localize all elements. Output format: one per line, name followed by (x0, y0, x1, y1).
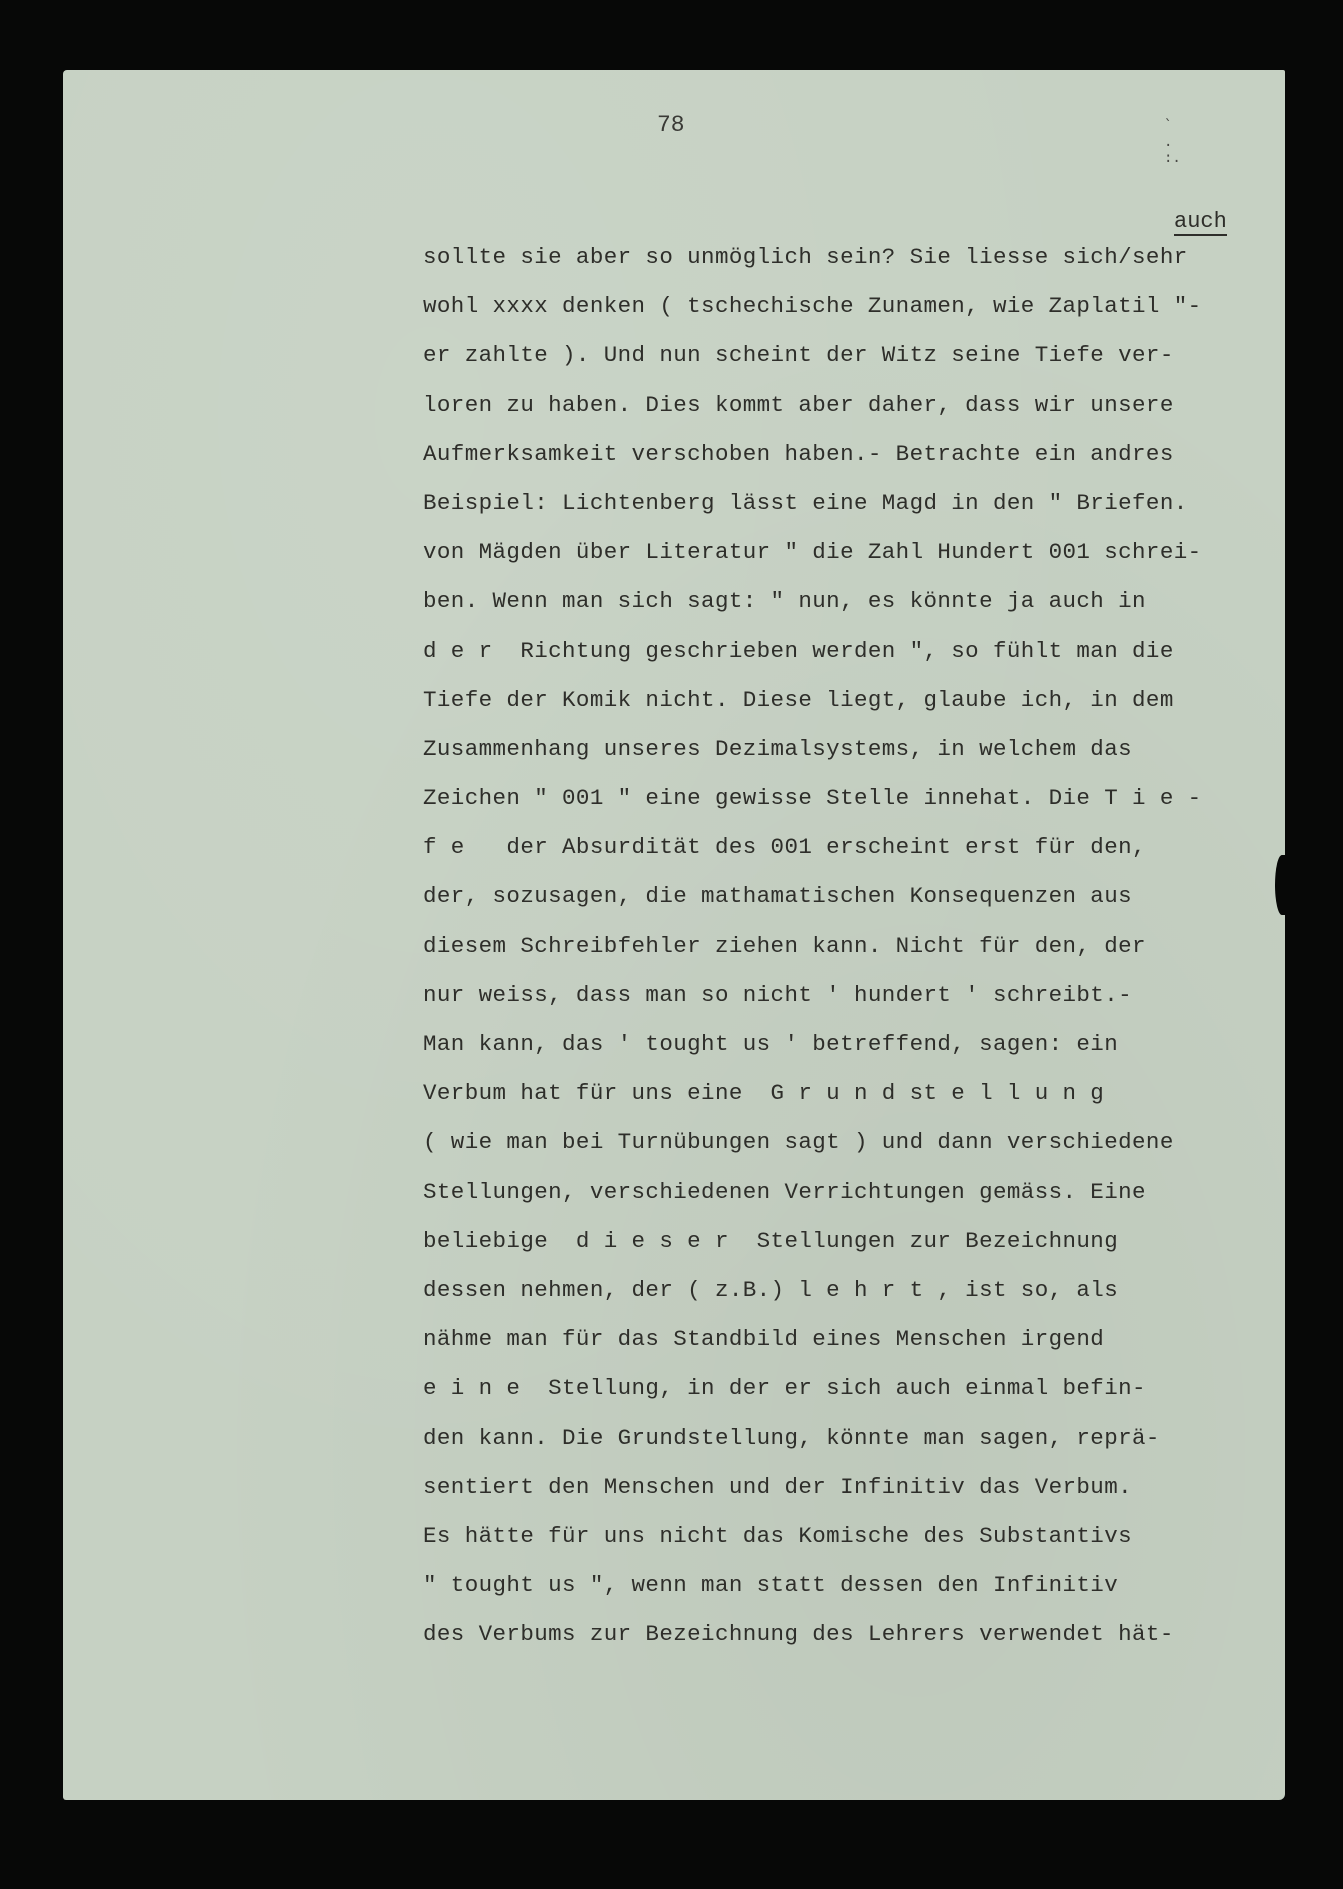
body-text: sollte sie aber so unmöglich sein? Sie l… (423, 233, 1283, 1659)
text-line: ben. Wenn man sich sagt: " nun, es könnt… (423, 577, 1283, 626)
text-line: nur weiss, dass man so nicht ' hundert '… (423, 971, 1283, 1020)
text-line: Es hätte für uns nicht das Komische des … (423, 1512, 1283, 1561)
text-line: wohl xxxx denken ( tschechische Zunamen,… (423, 282, 1283, 331)
text-line: der, sozusagen, die mathamatischen Konse… (423, 872, 1283, 921)
text-line: sollte sie aber so unmöglich sein? Sie l… (423, 233, 1283, 282)
text-line: e i n e Stellung, in der er sich auch ei… (423, 1364, 1283, 1413)
text-line: sentiert den Menschen und der Infinitiv … (423, 1463, 1283, 1512)
text-line: Beispiel: Lichtenberg lässt eine Magd in… (423, 479, 1283, 528)
text-line: Man kann, das ' tought us ' betreffend, … (423, 1020, 1283, 1069)
text-line: ( wie man bei Turnübungen sagt ) und dan… (423, 1118, 1283, 1167)
text-line: den kann. Die Grundstellung, könnte man … (423, 1414, 1283, 1463)
text-line: dessen nehmen, der ( z.B.) l e h r t , i… (423, 1266, 1283, 1315)
text-line: Aufmerksamkeit verschoben haben.- Betrac… (423, 430, 1283, 479)
page-number: 78 (657, 112, 685, 138)
text-line: " tought us ", wenn man statt dessen den… (423, 1561, 1283, 1610)
text-line: Verbum hat für uns eine G r u n d st e l… (423, 1069, 1283, 1118)
text-line: f e der Absurdität des 001 erscheint ers… (423, 823, 1283, 872)
text-line: d e r Richtung geschrieben werden ", so … (423, 627, 1283, 676)
text-line: Tiefe der Komik nicht. Diese liegt, glau… (423, 676, 1283, 725)
margin-pencil-marks: ` . :. (1164, 118, 1181, 166)
text-line: Zeichen " 001 " eine gewisse Stelle inne… (423, 774, 1283, 823)
text-line: diesem Schreibfehler ziehen kann. Nicht … (423, 922, 1283, 971)
text-line: er zahlte ). Und nun scheint der Witz se… (423, 331, 1283, 380)
text-line: des Verbums zur Bezeichnung des Lehrers … (423, 1610, 1283, 1659)
text-line: Zusammenhang unseres Dezimalsystems, in … (423, 725, 1283, 774)
text-line: von Mägden über Literatur " die Zahl Hun… (423, 528, 1283, 577)
text-line: nähme man für das Standbild eines Mensch… (423, 1315, 1283, 1364)
text-line: Stellungen, verschiedenen Verrichtungen … (423, 1168, 1283, 1217)
text-line: loren zu haben. Dies kommt aber daher, d… (423, 381, 1283, 430)
text-line: beliebige d i e s e r Stellungen zur Bez… (423, 1217, 1283, 1266)
